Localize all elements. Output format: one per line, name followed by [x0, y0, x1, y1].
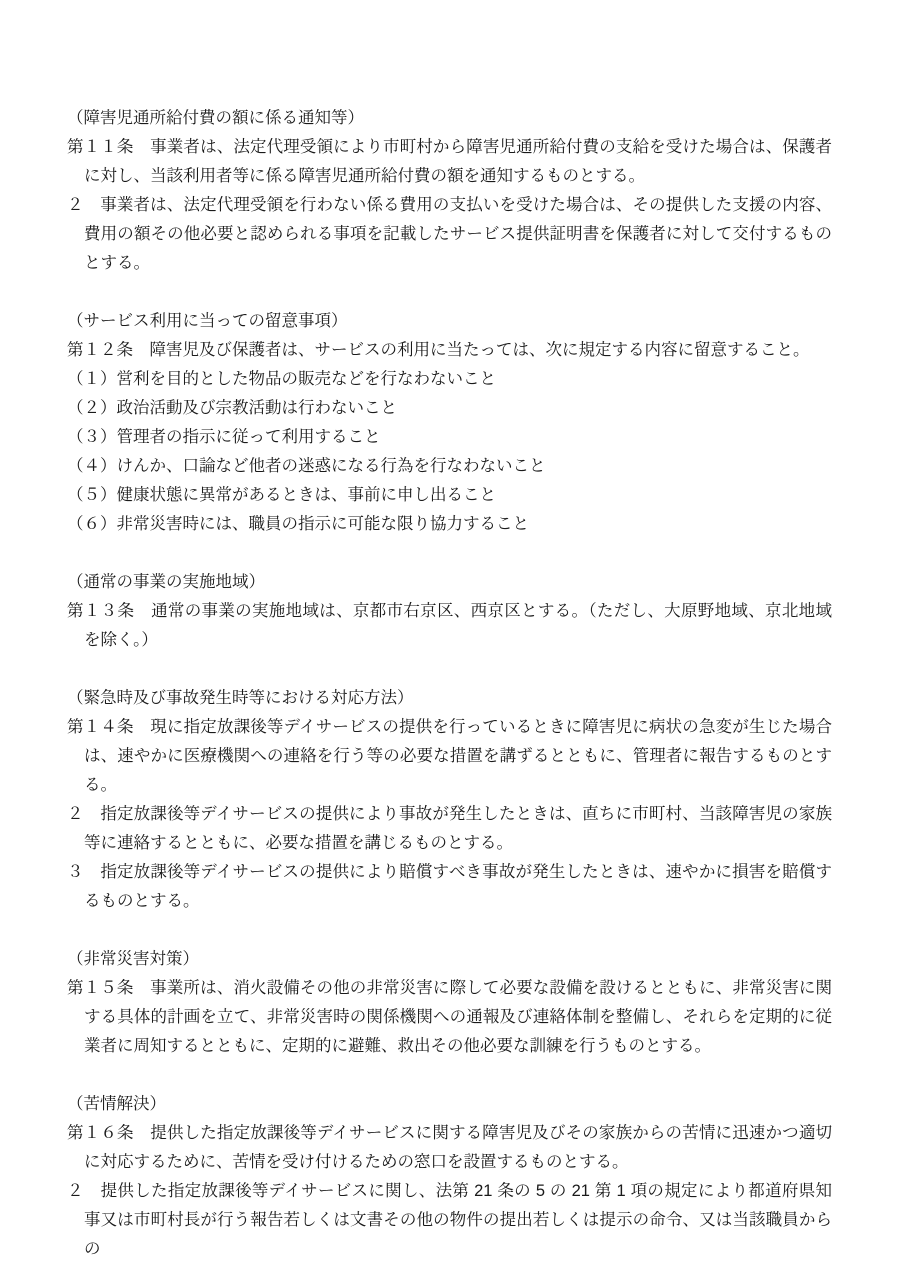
paragraph: 第１４条 現に指定放課後等デイサービスの提供を行っているときに障害児に病状の急変…: [67, 713, 832, 800]
section-heading: （サービス利用に当っての留意事項）: [67, 307, 832, 336]
paragraph: 第１２条 障害児及び保護者は、サービスの利用に当たっては、次に規定する内容に留意…: [67, 336, 832, 365]
document-section: （障害児通所給付費の額に係る通知等）第１１条 事業者は、法定代理受領により市町村…: [67, 104, 832, 278]
document-section: （緊急時及び事故発生時等における対応方法）第１４条 現に指定放課後等デイサービス…: [67, 684, 832, 916]
document-section: （通常の事業の実施地域）第１３条 通常の事業の実施地域は、京都市右京区、西京区と…: [67, 568, 832, 655]
paragraph: （６）非常災害時には、職員の指示に可能な限り協力すること: [67, 510, 832, 539]
paragraph: （４）けんか、口論など他者の迷惑になる行為を行なわないこと: [67, 452, 832, 481]
section-heading: （苦情解決）: [67, 1090, 832, 1119]
paragraph: 第１３条 通常の事業の実施地域は、京都市右京区、西京区とする。（ただし、大原野地…: [67, 597, 832, 655]
paragraph: （１）営利を目的とした物品の販売などを行なわないこと: [67, 365, 832, 394]
document-section: （非常災害対策）第１５条 事業所は、消火設備その他の非常災害に際して必要な設備を…: [67, 945, 832, 1061]
section-heading: （通常の事業の実施地域）: [67, 568, 832, 597]
paragraph: ２ 指定放課後等デイサービスの提供により事故が発生したときは、直ちに市町村、当該…: [67, 800, 832, 858]
paragraph: ２ 事業者は、法定代理受領を行わない係る費用の支払いを受けた場合は、その提供した…: [67, 191, 832, 278]
paragraph: （５）健康状態に異常があるときは、事前に申し出ること: [67, 481, 832, 510]
paragraph: ３ 指定放課後等デイサービスの提供により賠償すべき事故が発生したときは、速やかに…: [67, 858, 832, 916]
section-heading: （非常災害対策）: [67, 945, 832, 974]
document-page: （障害児通所給付費の額に係る通知等）第１１条 事業者は、法定代理受領により市町村…: [0, 0, 905, 1280]
section-heading: （緊急時及び事故発生時等における対応方法）: [67, 684, 832, 713]
paragraph: （２）政治活動及び宗教活動は行わないこと: [67, 394, 832, 423]
document-section: （苦情解決）第１６条 提供した指定放課後等デイサービスに関する障害児及びその家族…: [67, 1090, 832, 1264]
paragraph: （３）管理者の指示に従って利用すること: [67, 423, 832, 452]
paragraph: 第１５条 事業所は、消火設備その他の非常災害に際して必要な設備を設けるとともに、…: [67, 974, 832, 1061]
paragraph: 第１１条 事業者は、法定代理受領により市町村から障害児通所給付費の支給を受けた場…: [67, 133, 832, 191]
document-section: （サービス利用に当っての留意事項）第１２条 障害児及び保護者は、サービスの利用に…: [67, 307, 832, 539]
paragraph: ２ 提供した指定放課後等デイサービスに関し、法第 21 条の 5 の 21 第 …: [67, 1177, 832, 1264]
document-content: （障害児通所給付費の額に係る通知等）第１１条 事業者は、法定代理受領により市町村…: [67, 104, 832, 1264]
paragraph: 第１６条 提供した指定放課後等デイサービスに関する障害児及びその家族からの苦情に…: [67, 1119, 832, 1177]
section-heading: （障害児通所給付費の額に係る通知等）: [67, 104, 832, 133]
